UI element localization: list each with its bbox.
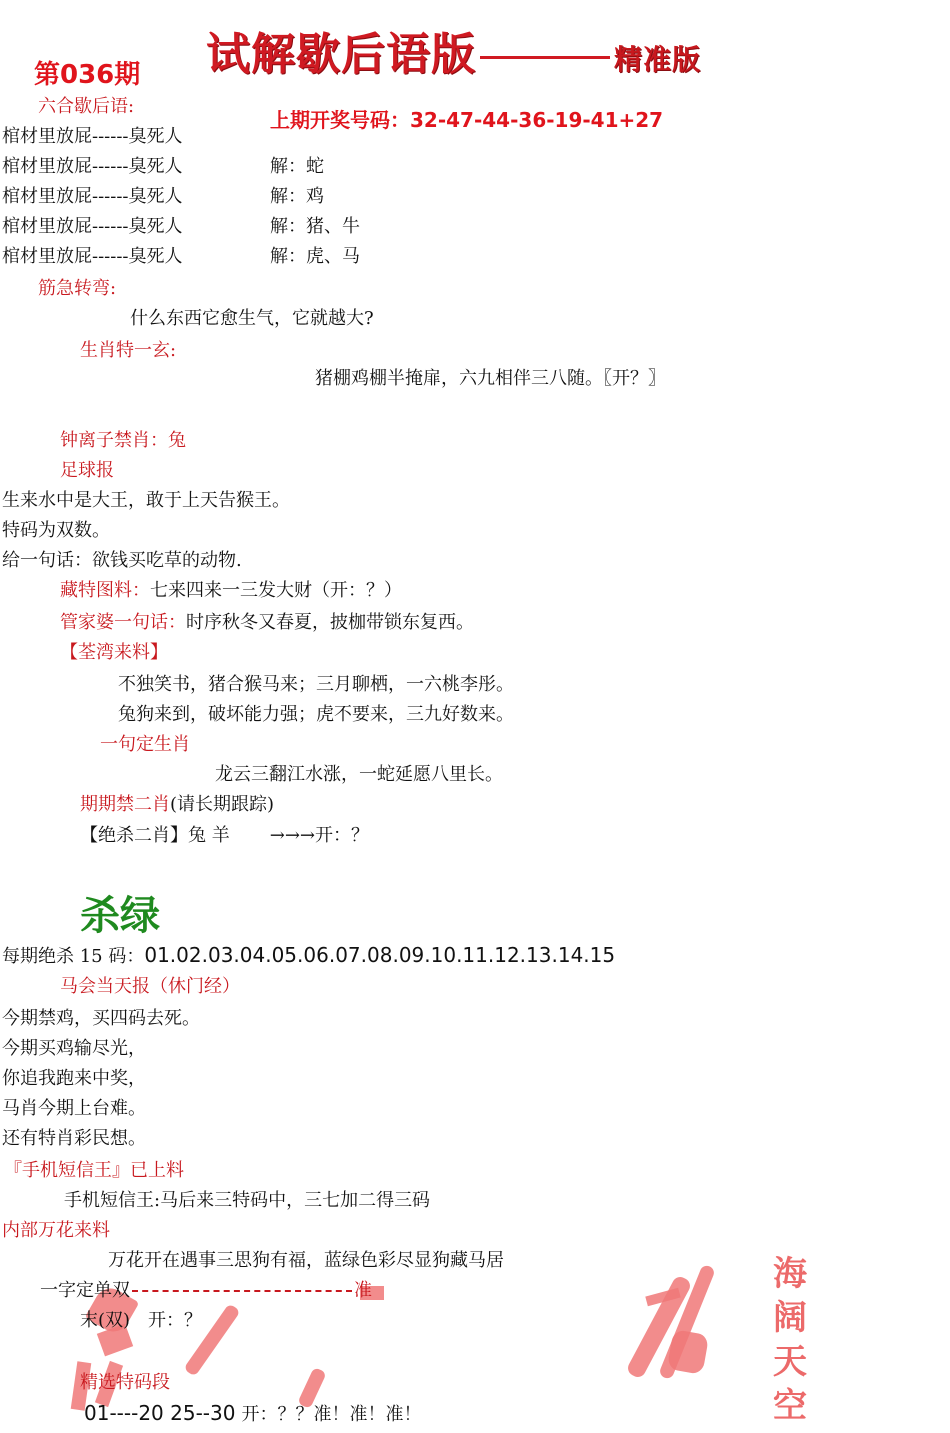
issue-number: 第036期 [34, 54, 140, 91]
selected-range-heading: 精选特码段 [80, 1372, 170, 1394]
kill-green-line: 每期绝杀 15 码：01.02.03.04.05.06.07.08.09.10.… [2, 944, 615, 968]
jockey-club-line: 马肖今期上台难。 [2, 1098, 146, 1120]
xiehouyu-line: 棺材里放屁------臭死人 [2, 216, 183, 238]
odd-even-line: 一字定单双准 [40, 1280, 372, 1302]
xiehouyu-line: 棺材里放屁------臭死人 [2, 156, 183, 178]
xiehouyu-line: 棺材里放屁------臭死人 [2, 246, 183, 268]
kill-green-label: 每期绝杀 15 码： [2, 946, 144, 967]
xiehouyu-line: 棺材里放屁------臭死人 [2, 186, 183, 208]
seal-char: 空 [768, 1384, 812, 1428]
selected-range-numbers: 01----20 25--30 [84, 1401, 235, 1425]
quanwan-heading: 【荃湾来料】 [60, 642, 168, 664]
xiehouyu-answer: 解：虎、马 [270, 246, 360, 268]
jockey-club-line: 今期买鸡输尽光， [2, 1038, 146, 1060]
odd-even-open: 开：？ [148, 1310, 202, 1331]
selected-range-line: 01----20 25--30开：？？准！准！准！ [84, 1402, 421, 1426]
jockey-club-line: 你追我跑来中奖， [2, 1068, 146, 1090]
football-line: 生来水中是大王，敢于上天告猴王。 [2, 490, 290, 512]
housekeeper-line: 管家婆一句话：时序秋冬又春夏，披枷带锁东复西。 [60, 612, 474, 634]
jockey-club-heading: 马会当天报（休门经） [60, 976, 240, 998]
zhongli-ban-zodiac: 钟离子禁肖：兔 [60, 430, 186, 452]
sms-king-heading: 『手机短信王』已上料 [4, 1160, 184, 1182]
ban-two-note: (请长期跟踪) [170, 794, 274, 815]
ban-two-zodiacs: 【绝杀二肖】兔 羊 [80, 825, 230, 846]
xiehouyu-heading: 六合歇后语: [38, 96, 134, 118]
housekeeper-text: 时序秋冬又春夏，披枷带锁东复西。 [186, 612, 474, 633]
kill-green-numbers: 01.02.03.04.05.06.07.08.09.10.11.12.13.1… [144, 943, 615, 967]
odd-even-suffix: 准 [354, 1280, 372, 1301]
xiehouyu-answer: 解：蛇 [270, 156, 324, 178]
previous-result: 上期开奖号码：32-47-44-36-19-41+27 [270, 104, 663, 133]
zodiac-riddle-heading: 生肖特一玄: [80, 340, 176, 362]
wanhua-heading: 内部万花来料 [2, 1220, 110, 1242]
football-line: 给一句话：欲钱买吃草的动物. [2, 550, 242, 572]
seal-char: 阔 [768, 1296, 812, 1340]
odd-even-value: 末(双) [80, 1310, 130, 1331]
xiehouyu-line: 棺材里放屁------臭死人 [2, 126, 183, 148]
housekeeper-label: 管家婆一句话： [60, 612, 186, 633]
ban-two-open: →→→开：？ [270, 825, 369, 846]
seal-char: 天 [768, 1340, 812, 1384]
brain-teaser-question: 什么东西它愈生气，它就越大? [130, 308, 374, 330]
subtitle-text: 精准版 [614, 43, 701, 76]
football-heading: 足球报 [60, 460, 114, 482]
kill-green-heading: 杀绿 [80, 884, 160, 941]
jockey-club-line: 今期禁鸡，买四码去死。 [2, 1008, 200, 1030]
ban-two-heading: 期期禁二肖(请长期跟踪) [80, 794, 274, 816]
football-line: 特码为双数。 [2, 520, 110, 542]
odd-even-label: 一字定单双 [40, 1280, 130, 1301]
odd-even-dashes [132, 1290, 352, 1292]
quanwan-line: 不独笑书，猪合猴马来；三月聊栖，一六桃李彤。 [118, 674, 514, 696]
one-line-zodiac-heading: 一句定生肖 [100, 734, 190, 756]
zodiac-riddle-text: 猪棚鸡棚半掩扉，六九相伴三八随。〖开？〗 [315, 368, 666, 390]
page-title: 试解歇后语版精准版 [206, 18, 701, 82]
brain-teaser-heading: 筋急转弯: [38, 278, 116, 300]
odd-even-result: 末(双)开：？ [80, 1310, 202, 1332]
title-dash-divider [480, 56, 610, 59]
one-line-zodiac-text: 龙云三翻江水涨，一蛇延愿八里长。 [215, 764, 503, 786]
sms-king-text: 手机短信王:马后来三特码中，三七加二得三码 [64, 1190, 430, 1212]
wanhua-text: 万花开在遇事三思狗有福，蓝绿色彩尽显狗藏马居 [108, 1250, 504, 1272]
jockey-club-line: 还有特肖彩民想。 [2, 1128, 146, 1150]
seal-char: 海 [768, 1252, 812, 1296]
title-text: 试解歇后语版 [206, 29, 476, 80]
hidden-chart-text: 七来四来一三发大财（开：？） [150, 580, 402, 601]
selected-range-open: 开：？？准！准！准！ [241, 1404, 421, 1425]
previous-result-label: 上期开奖号码： [270, 108, 410, 132]
previous-result-numbers: 32-47-44-36-19-41+27 [410, 108, 663, 132]
hidden-chart-line: 藏特图料：七来四来一三发大财（开：？） [60, 580, 402, 602]
hidden-chart-label: 藏特图料： [60, 580, 150, 601]
xiehouyu-answer: 解：鸡 [270, 186, 324, 208]
seal-text: 海 阔 天 空 [768, 1252, 812, 1428]
quanwan-line: 兔狗来到，破坏能力强；虎不要来，三九好数来。 [118, 704, 514, 726]
calligraphy-watermark [640, 1262, 720, 1402]
watermark-stroke [667, 1329, 709, 1375]
xiehouyu-answer: 解：猪、牛 [270, 216, 360, 238]
ban-two-label: 期期禁二肖 [80, 794, 170, 815]
ban-two-line: 【绝杀二肖】兔 羊→→→开：？ [80, 825, 369, 847]
